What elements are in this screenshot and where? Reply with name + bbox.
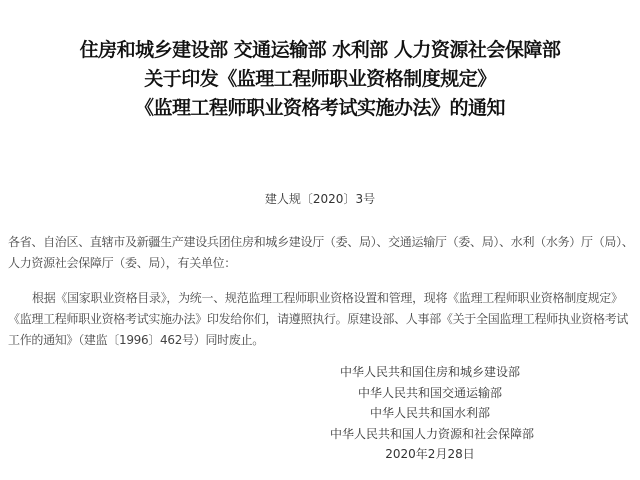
title-line-subject-1: 关于印发《监理工程师职业资格制度规定》: [0, 65, 640, 94]
issue-date: 2020年2月28日: [330, 444, 530, 465]
body-paragraph: 根据《国家职业资格目录》，为统一、规范监理工程师职业资格设置和管理，现将《监理工…: [8, 288, 634, 351]
addressee: 各省、自治区、直辖市及新疆生产建设兵团住房和城乡建设厅（委、局）、交通运输厅（委…: [8, 232, 634, 274]
issuer-water-ministry: 中华人民共和国水利部: [330, 403, 530, 424]
document-title: 住房和城乡建设部 交通运输部 水利部 人力资源社会保障部 关于印发《监理工程师职…: [0, 36, 640, 123]
issuer-transport-ministry: 中华人民共和国交通运输部: [330, 383, 530, 404]
document-number: 建人规〔2020〕3号: [0, 190, 640, 207]
signature-block: 中华人民共和国住房和城乡建设部 中华人民共和国交通运输部 中华人民共和国水利部 …: [330, 362, 530, 465]
title-line-subject-2: 《监理工程师职业资格考试实施办法》的通知: [0, 94, 640, 123]
title-line-issuers: 住房和城乡建设部 交通运输部 水利部 人力资源社会保障部: [0, 36, 640, 65]
issuer-hr-ministry: 中华人民共和国人力资源和社会保障部: [330, 424, 530, 445]
issuer-housing-ministry: 中华人民共和国住房和城乡建设部: [330, 362, 530, 383]
